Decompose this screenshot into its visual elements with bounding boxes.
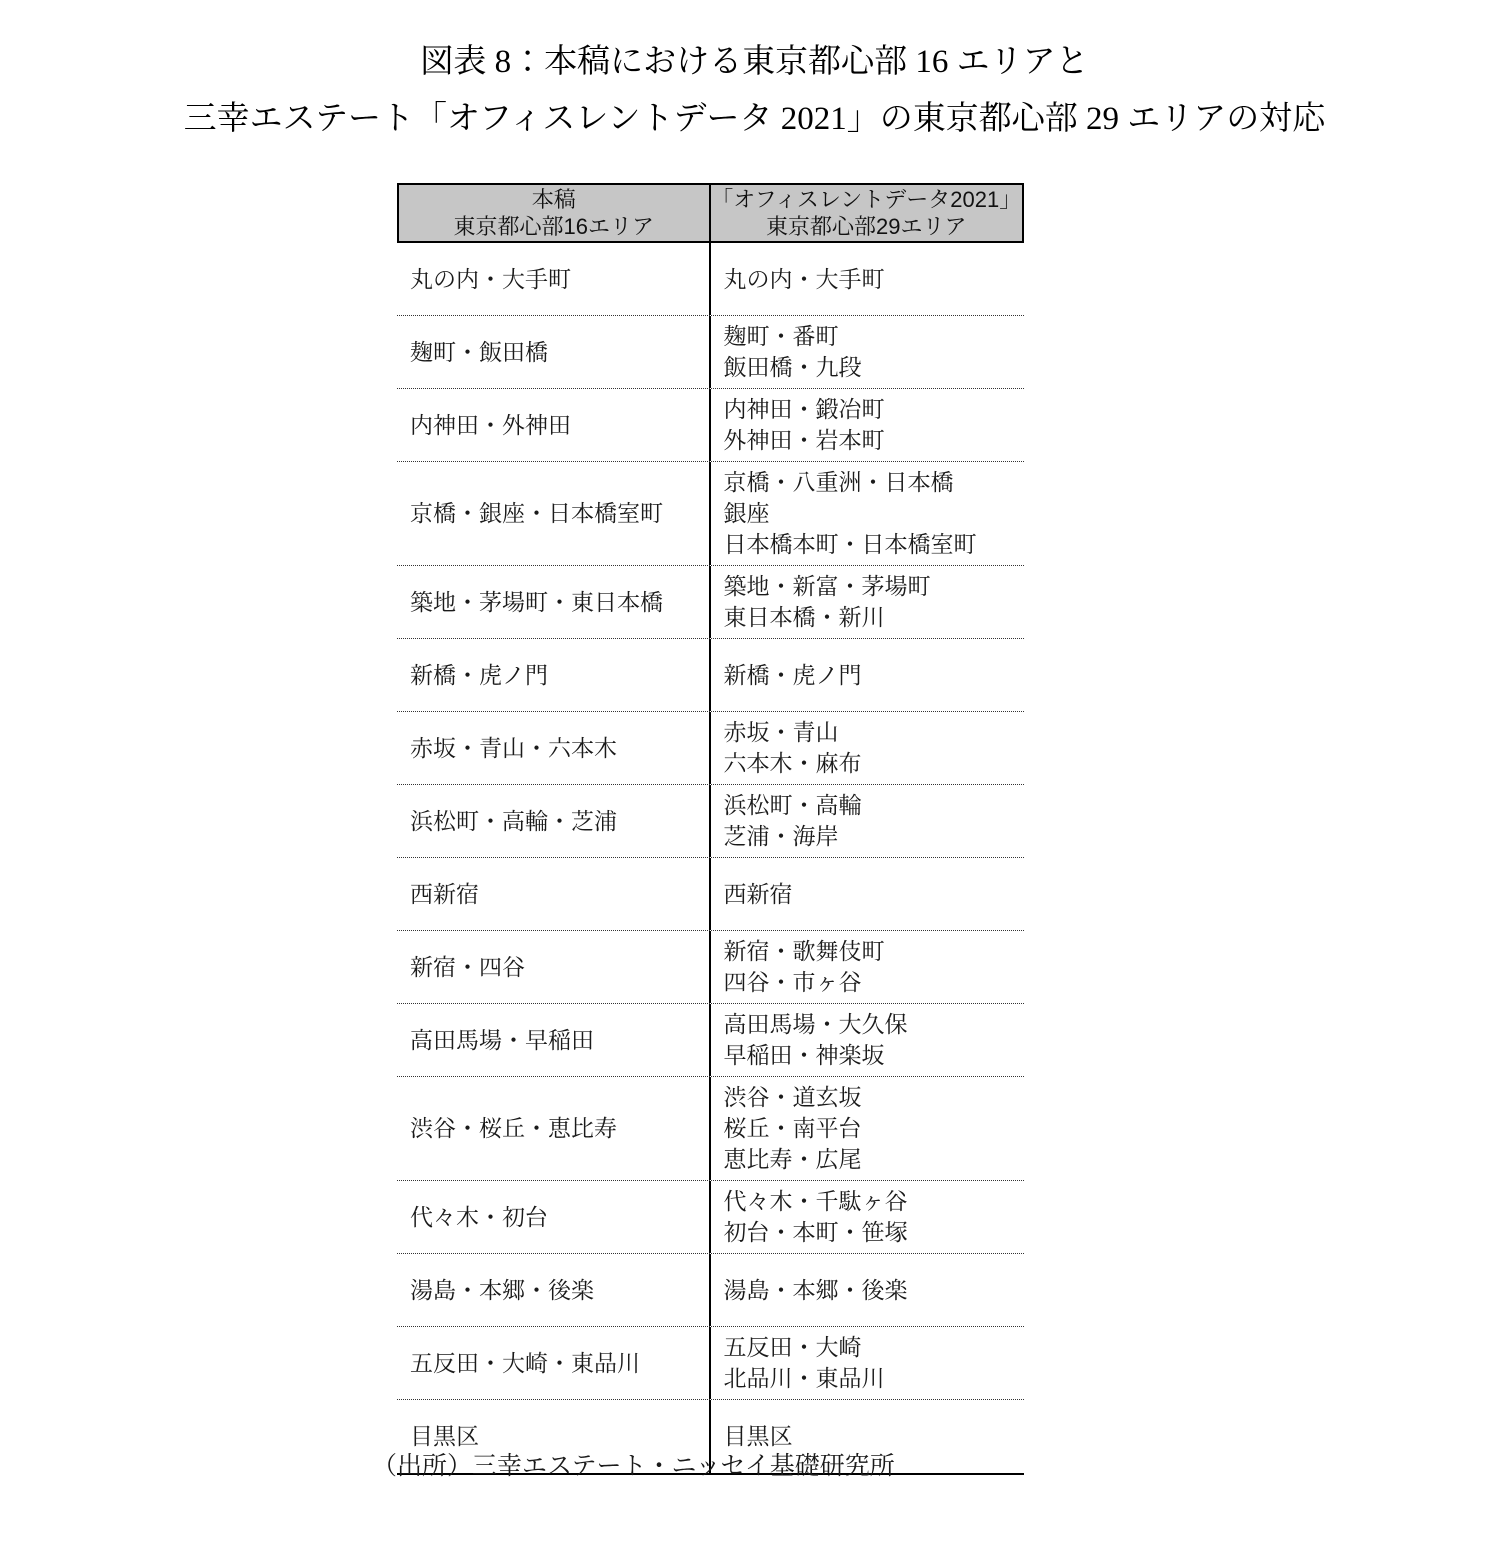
area-label: 内神田・鍛冶町 [724,394,1021,425]
area-label: 六本木・麻布 [724,748,1021,779]
area-16-cell: 西新宿 [397,858,711,930]
figure-title-line1: 図表 8：本稿における東京都心部 16 エリアと [0,34,1509,91]
area-16-cell: 赤坂・青山・六本木 [397,712,711,784]
header-line: 「オフィスレントデータ2021」 [711,186,1023,213]
header-cell-29-area: 「オフィスレントデータ2021」 東京都心部29エリア [711,185,1023,241]
area-label: 西新宿 [724,879,1021,910]
area-16-cell: 麹町・飯田橋 [397,316,711,388]
table-row: 五反田・大崎・東品川 五反田・大崎北品川・東品川 [397,1327,1024,1400]
area-29-cell: 浜松町・高輪芝浦・海岸 [711,785,1025,857]
header-line: 本稿 [399,186,709,213]
table-row: 渋谷・桜丘・恵比寿 渋谷・道玄坂桜丘・南平台恵比寿・広尾 [397,1077,1024,1181]
area-label: 五反田・大崎 [724,1332,1021,1363]
area-16-cell: 高田馬場・早稲田 [397,1004,711,1076]
header-line: 東京都心部16エリア [399,213,709,240]
area-label: 恵比寿・広尾 [724,1144,1021,1175]
table-row: 新橋・虎ノ門 新橋・虎ノ門 [397,639,1024,712]
area-label: 銀座 [724,498,1021,529]
area-label: 代々木・初台 [410,1202,705,1233]
area-29-cell: 築地・新富・茅場町東日本橋・新川 [711,566,1025,638]
area-label: 新宿・歌舞伎町 [724,936,1021,967]
table-row: 内神田・外神田 内神田・鍛冶町外神田・岩本町 [397,389,1024,462]
area-29-cell: 新橋・虎ノ門 [711,639,1025,711]
area-16-cell: 内神田・外神田 [397,389,711,461]
area-label: 赤坂・青山 [724,717,1021,748]
table-body: 丸の内・大手町 丸の内・大手町 麹町・飯田橋 麹町・番町飯田橋・九段 内神田・外… [397,243,1024,1475]
area-29-cell: 京橋・八重洲・日本橋銀座日本橋本町・日本橋室町 [711,462,1025,565]
area-29-cell: 赤坂・青山六本木・麻布 [711,712,1025,784]
area-label: 渋谷・桜丘・恵比寿 [410,1113,705,1144]
area-16-cell: 浜松町・高輪・芝浦 [397,785,711,857]
figure-title-line2: 三幸エステート「オフィスレントデータ 2021」の東京都心部 29 エリアの対応 [0,91,1509,148]
area-label: 桜丘・南平台 [724,1113,1021,1144]
figure-title: 図表 8：本稿における東京都心部 16 エリアと 三幸エステート「オフィスレント… [0,34,1509,148]
table-row: 京橋・銀座・日本橋室町 京橋・八重洲・日本橋銀座日本橋本町・日本橋室町 [397,462,1024,566]
table-row: 湯島・本郷・後楽 湯島・本郷・後楽 [397,1254,1024,1327]
area-label: 初台・本町・笹塚 [724,1217,1021,1248]
area-29-cell: 西新宿 [711,858,1025,930]
area-label: 築地・新富・茅場町 [724,571,1021,602]
area-16-cell: 築地・茅場町・東日本橋 [397,566,711,638]
table-row: 築地・茅場町・東日本橋 築地・新富・茅場町東日本橋・新川 [397,566,1024,639]
report-page: 図表 8：本稿における東京都心部 16 エリアと 三幸エステート「オフィスレント… [0,0,1509,1553]
table-row: 西新宿 西新宿 [397,858,1024,931]
area-label: 麹町・番町 [724,321,1021,352]
area-29-cell: 五反田・大崎北品川・東品川 [711,1327,1025,1399]
area-label: 丸の内・大手町 [410,264,705,295]
area-label: 内神田・外神田 [410,410,705,441]
area-label: 麹町・飯田橋 [410,337,705,368]
area-29-cell: 渋谷・道玄坂桜丘・南平台恵比寿・広尾 [711,1077,1025,1180]
table-row: 麹町・飯田橋 麹町・番町飯田橋・九段 [397,316,1024,389]
table-row: 高田馬場・早稲田 高田馬場・大久保早稲田・神楽坂 [397,1004,1024,1077]
area-label: 築地・茅場町・東日本橋 [410,587,705,618]
table-row: 新宿・四谷 新宿・歌舞伎町四谷・市ヶ谷 [397,931,1024,1004]
header-cell-16-area: 本稿 東京都心部16エリア [399,185,711,241]
area-16-cell: 新橋・虎ノ門 [397,639,711,711]
area-29-cell: 内神田・鍛冶町外神田・岩本町 [711,389,1025,461]
header-line: 東京都心部29エリア [711,213,1023,240]
area-label: 日本橋本町・日本橋室町 [724,529,1021,560]
area-label: 早稲田・神楽坂 [724,1040,1021,1071]
area-16-cell: 渋谷・桜丘・恵比寿 [397,1077,711,1180]
area-label: 高田馬場・早稲田 [410,1025,705,1056]
table-row: 代々木・初台 代々木・千駄ヶ谷初台・本町・笹塚 [397,1181,1024,1254]
area-label: 東日本橋・新川 [724,602,1021,633]
area-16-cell: 湯島・本郷・後楽 [397,1254,711,1326]
area-label: 新宿・四谷 [410,952,705,983]
area-label: 京橋・八重洲・日本橋 [724,467,1021,498]
area-29-cell: 新宿・歌舞伎町四谷・市ヶ谷 [711,931,1025,1003]
table-row: 赤坂・青山・六本木 赤坂・青山六本木・麻布 [397,712,1024,785]
area-label: 新橋・虎ノ門 [724,660,1021,691]
area-16-cell: 五反田・大崎・東品川 [397,1327,711,1399]
area-label: 浜松町・高輪 [724,790,1021,821]
table-header-row: 本稿 東京都心部16エリア 「オフィスレントデータ2021」 東京都心部29エリ… [397,183,1024,243]
area-label: 湯島・本郷・後楽 [410,1275,705,1306]
area-label: 高田馬場・大久保 [724,1009,1021,1040]
area-16-cell: 代々木・初台 [397,1181,711,1253]
area-label: 京橋・銀座・日本橋室町 [410,498,705,529]
area-16-cell: 丸の内・大手町 [397,243,711,315]
area-29-cell: 代々木・千駄ヶ谷初台・本町・笹塚 [711,1181,1025,1253]
area-label: 新橋・虎ノ門 [410,660,705,691]
area-label: 五反田・大崎・東品川 [410,1348,705,1379]
area-label: 赤坂・青山・六本木 [410,733,705,764]
area-label: 芝浦・海岸 [724,821,1021,852]
area-29-cell: 高田馬場・大久保早稲田・神楽坂 [711,1004,1025,1076]
source-note: （出所）三幸エステート・ニッセイ基礎研究所 [372,1446,895,1482]
area-correspondence-table: 本稿 東京都心部16エリア 「オフィスレントデータ2021」 東京都心部29エリ… [397,183,1024,1475]
area-label: 丸の内・大手町 [724,264,1021,295]
area-label: 四谷・市ヶ谷 [724,967,1021,998]
area-label: 湯島・本郷・後楽 [724,1275,1021,1306]
area-16-cell: 新宿・四谷 [397,931,711,1003]
area-label: 西新宿 [410,879,705,910]
table-row: 丸の内・大手町 丸の内・大手町 [397,243,1024,316]
area-29-cell: 湯島・本郷・後楽 [711,1254,1025,1326]
area-label: 飯田橋・九段 [724,352,1021,383]
table-row: 浜松町・高輪・芝浦 浜松町・高輪芝浦・海岸 [397,785,1024,858]
area-label: 代々木・千駄ヶ谷 [724,1186,1021,1217]
area-label: 外神田・岩本町 [724,425,1021,456]
area-29-cell: 丸の内・大手町 [711,243,1025,315]
area-29-cell: 麹町・番町飯田橋・九段 [711,316,1025,388]
area-label: 渋谷・道玄坂 [724,1082,1021,1113]
area-label: 北品川・東品川 [724,1363,1021,1394]
area-label: 浜松町・高輪・芝浦 [410,806,705,837]
area-16-cell: 京橋・銀座・日本橋室町 [397,462,711,565]
